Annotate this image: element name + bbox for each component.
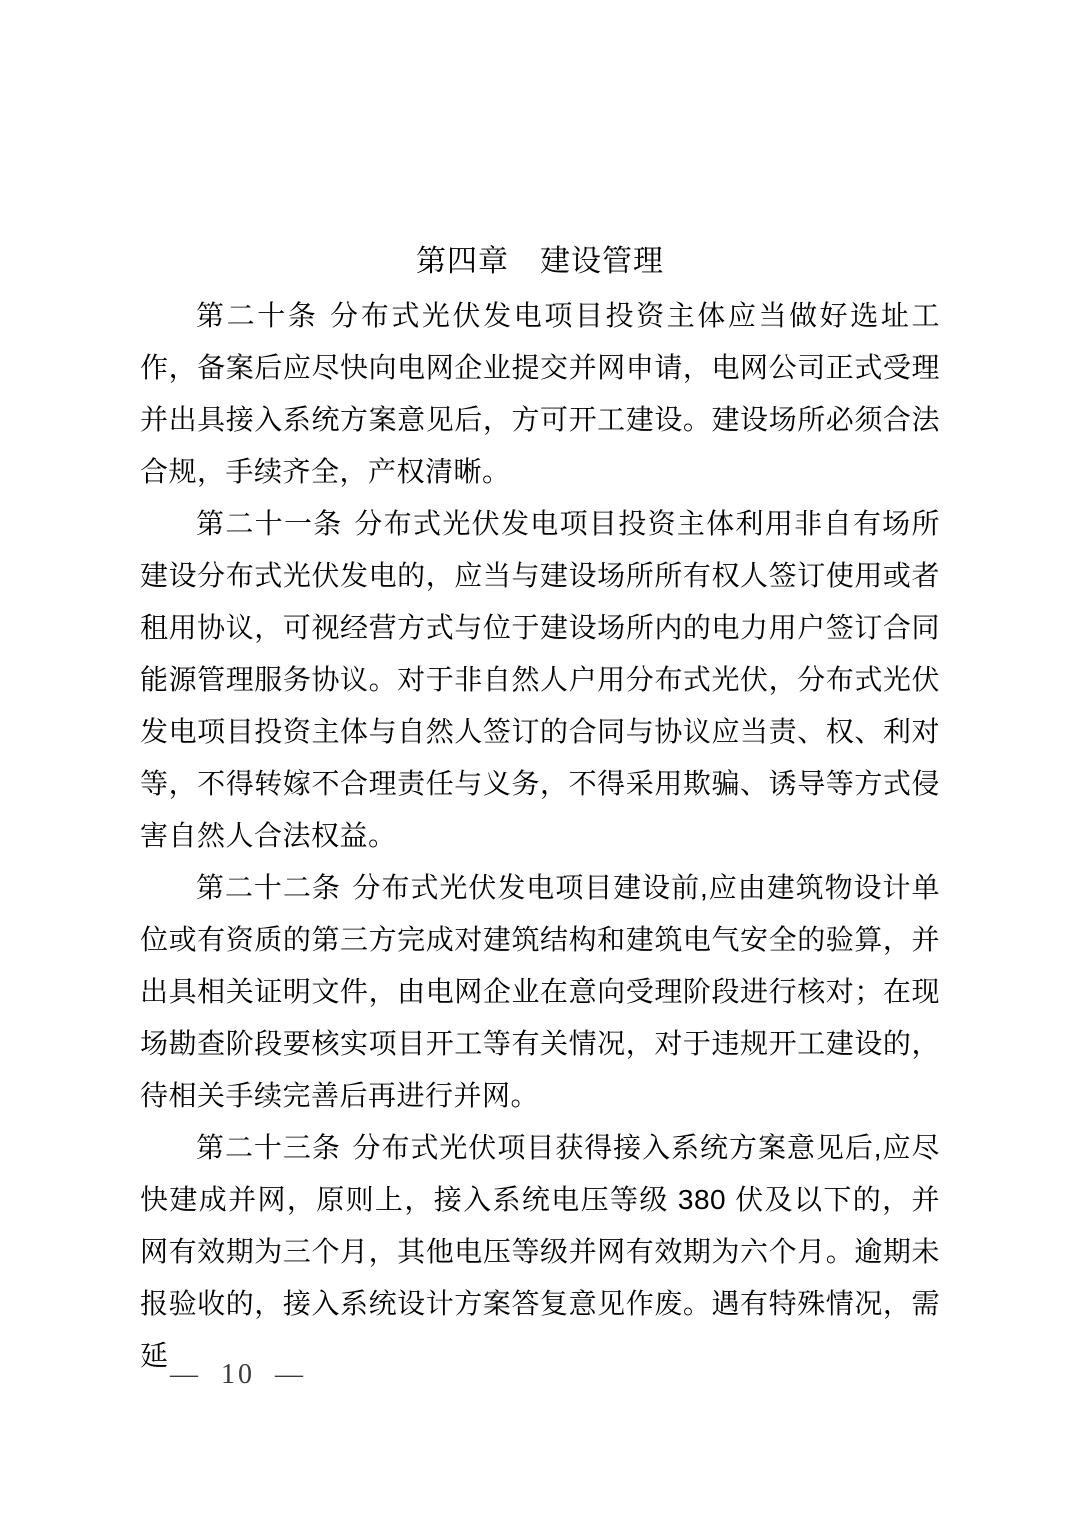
article-21-label: 第二十一条 — [196, 508, 343, 539]
article-22-paragraph: 第二十二条分布式光伏发电项目建设前,应由建筑物设计单位或有资质的第三方完成对建筑… — [140, 862, 940, 1122]
document-content: 第四章 建设管理 第二十条分布式光伏发电项目投资主体应当做好选址工作，备案后应尽… — [140, 236, 940, 1382]
chapter-title: 第四章 建设管理 — [140, 236, 940, 288]
document-page: 第四章 建设管理 第二十条分布式光伏发电项目投资主体应当做好选址工作，备案后应尽… — [0, 0, 1080, 1527]
article-20-paragraph: 第二十条分布式光伏发电项目投资主体应当做好选址工作，备案后应尽快向电网企业提交并… — [140, 290, 940, 498]
article-21-text: 分布式光伏发电项目投资主体利用非自有场所建设分布式光伏发电的，应当与建设场所所有… — [140, 508, 940, 851]
page-number: — 10 — — [170, 1358, 306, 1392]
article-23-text: 分布式光伏项目获得接入系统方案意见后,应尽快建成并网，原则上，接入系统电压等级 … — [140, 1132, 940, 1371]
article-23-paragraph: 第二十三条分布式光伏项目获得接入系统方案意见后,应尽快建成并网，原则上，接入系统… — [140, 1122, 940, 1382]
article-21-paragraph: 第二十一条分布式光伏发电项目投资主体利用非自有场所建设分布式光伏发电的，应当与建… — [140, 498, 940, 862]
article-20-label: 第二十条 — [196, 300, 318, 331]
article-22-label: 第二十二条 — [196, 872, 341, 903]
article-22-text: 分布式光伏发电项目建设前,应由建筑物设计单位或有资质的第三方完成对建筑结构和建筑… — [140, 872, 940, 1111]
article-23-label: 第二十三条 — [196, 1132, 341, 1163]
